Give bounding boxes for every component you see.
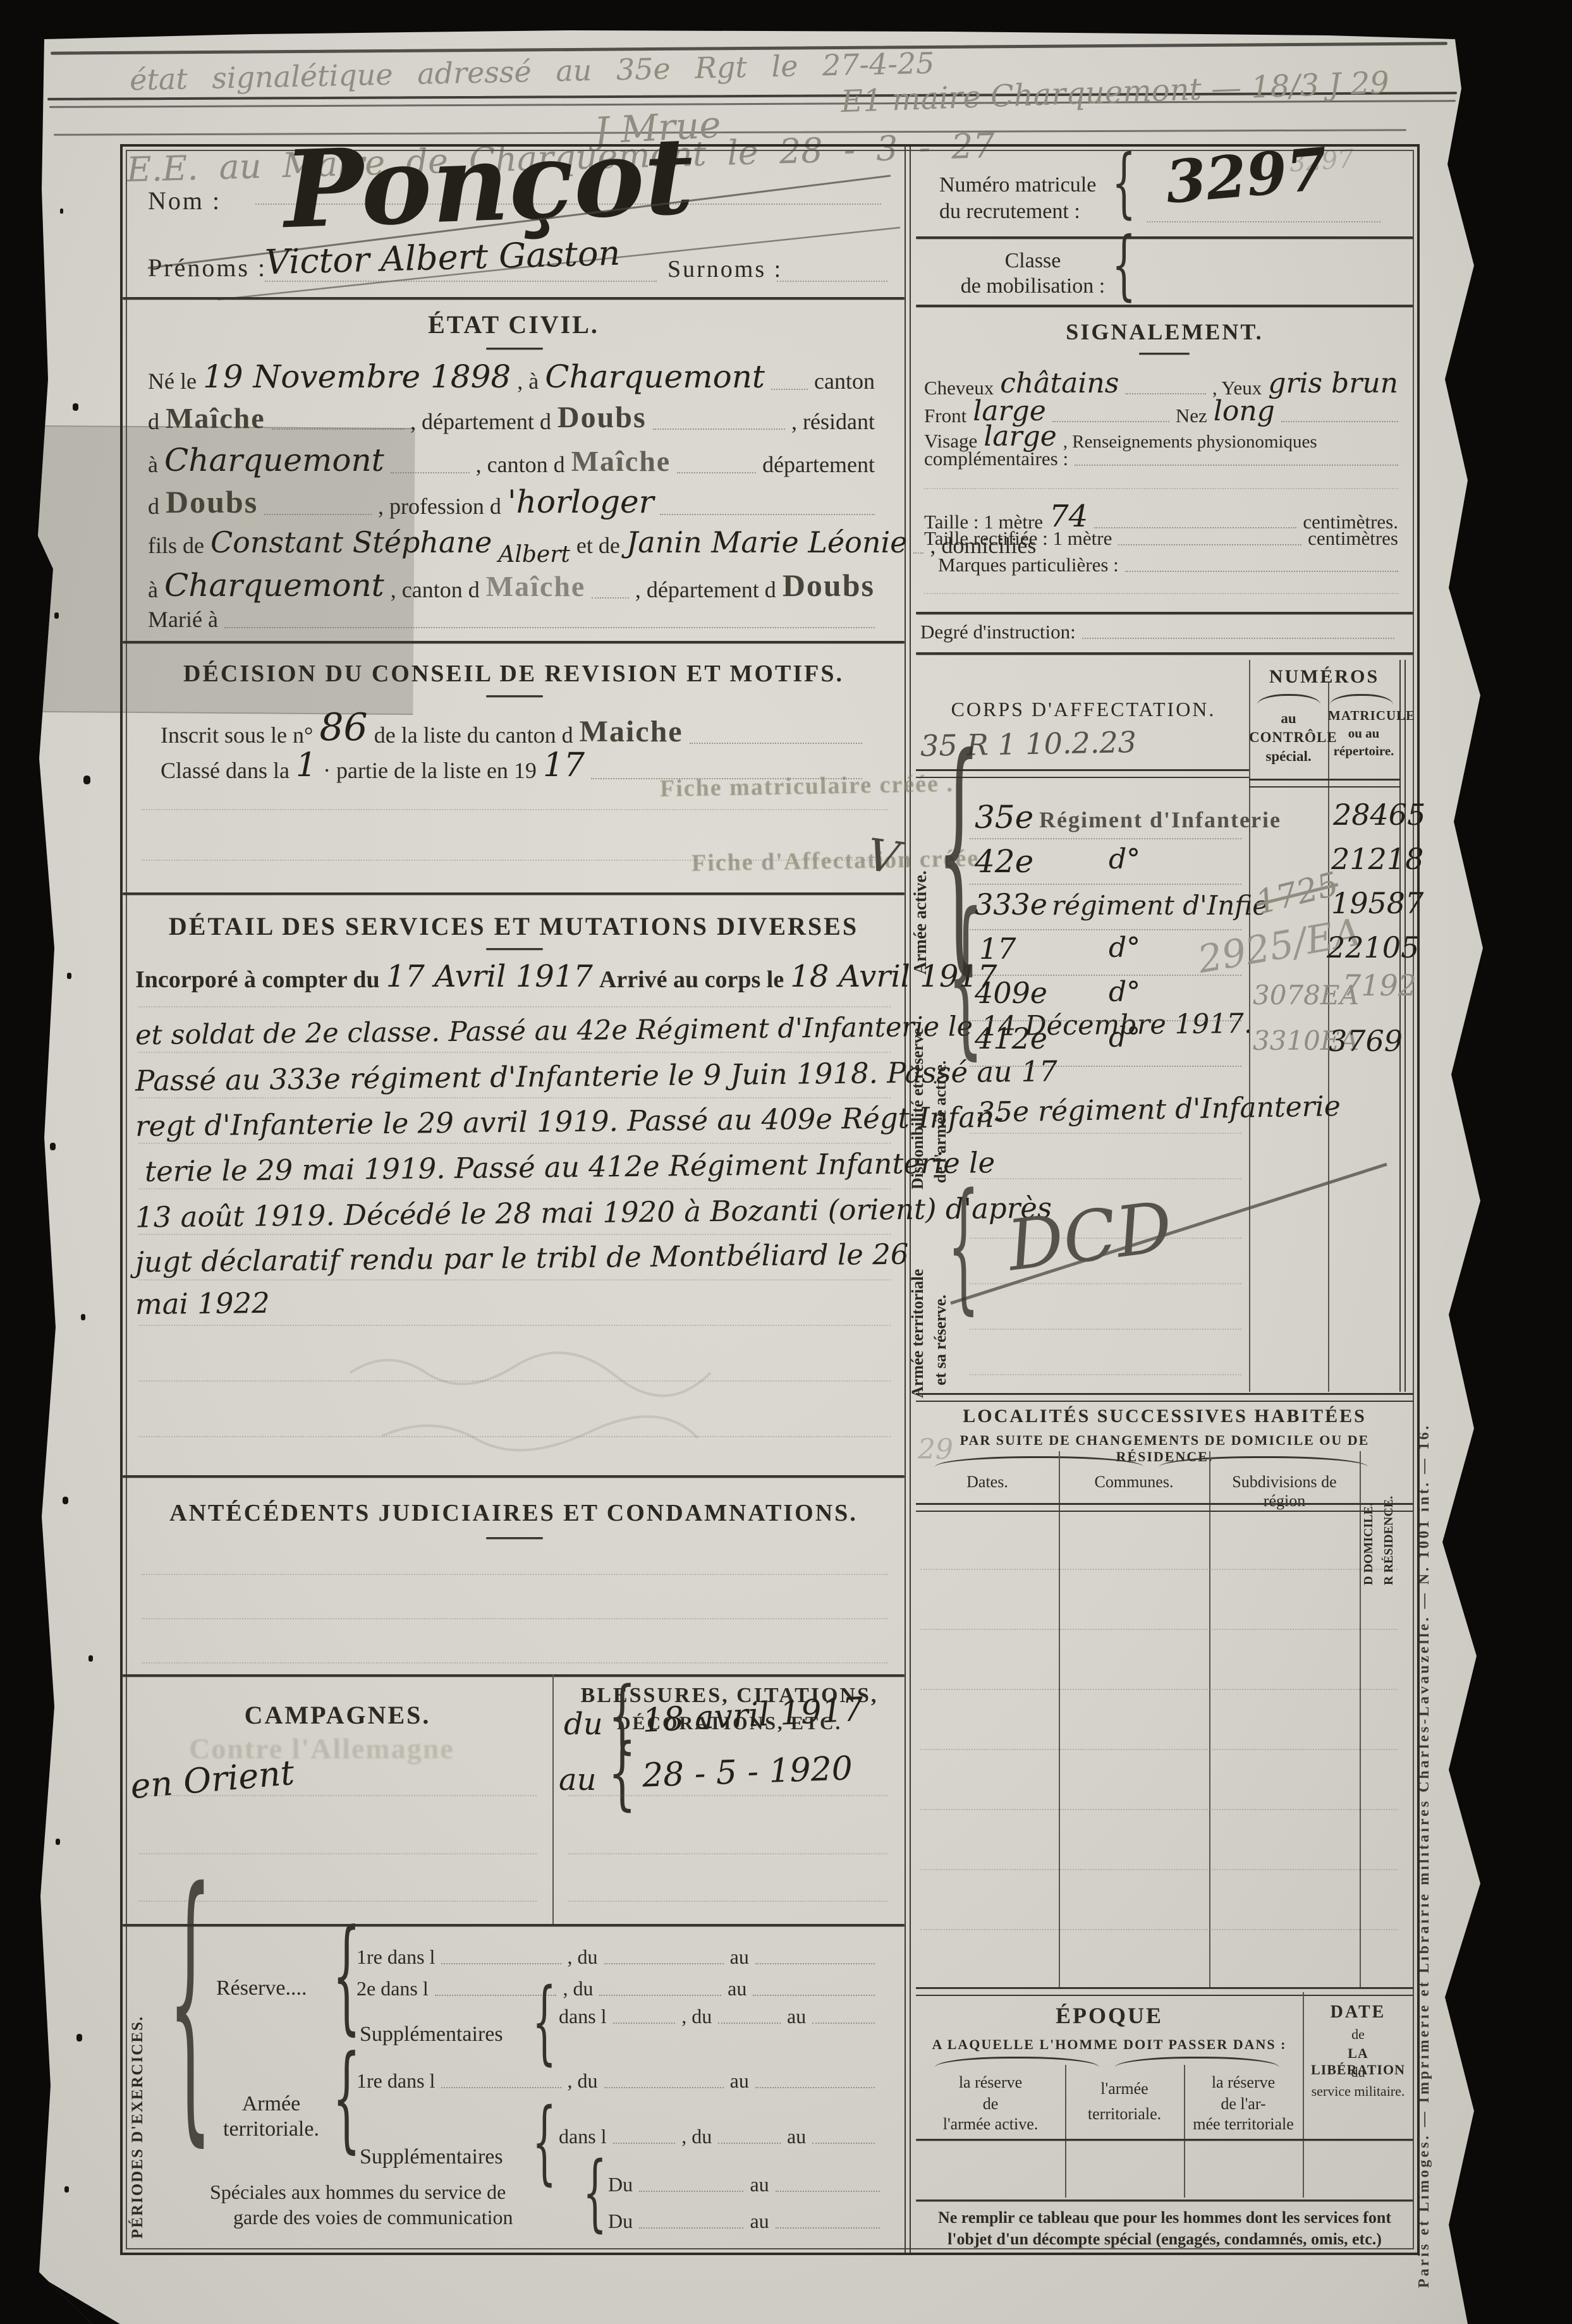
dotted-fill — [599, 1995, 721, 1996]
armee-label: Armée — [217, 2092, 325, 2116]
residant-label: , résidant — [791, 410, 875, 434]
father-name-insert: Albert — [498, 543, 570, 567]
marie-a-label: Marié à — [148, 608, 218, 632]
mother-name-value: Janin Marie Léonie — [626, 527, 908, 557]
marie-line: Marié à — [148, 608, 881, 632]
corps-row-type-4: d° — [1109, 976, 1140, 1008]
guide-dotted-line — [138, 1097, 891, 1098]
matricule-header-2: ou au — [1328, 726, 1399, 741]
localites-row-line — [920, 1569, 1398, 1570]
services-title: DÉTAIL DES SERVICES ET MUTATIONS DIVERSE… — [123, 911, 905, 941]
guide-dotted-line — [138, 1052, 891, 1053]
empty-dotted-line — [924, 593, 1398, 594]
controle-header-3: spécial. — [1249, 748, 1328, 765]
empty-dotted-line — [142, 1574, 887, 1575]
corps-row-name-2: 333e — [975, 887, 1047, 922]
prenoms-dotted-line — [265, 281, 657, 282]
profession-value: 'horloger — [508, 485, 654, 519]
dotted-fill — [272, 429, 404, 430]
classe-mobilisation-label-2: de mobilisation : — [938, 274, 1128, 298]
etat-civil-line-4: d Doubs , profession d 'horloger — [148, 485, 881, 519]
dotted-fill — [718, 2143, 781, 2144]
departement-stamp-doubs: Doubs — [558, 402, 647, 434]
terr-dotline — [970, 1329, 1241, 1330]
campagnes-title: CAMPAGNES. — [123, 1700, 552, 1730]
epoque-title: ÉPOQUE — [916, 2002, 1303, 2029]
surnoms-dotted-line — [777, 281, 887, 282]
yeux-value: gris brun — [1268, 369, 1398, 398]
canton-d-label: , canton d — [391, 578, 480, 602]
fils-de-label: fils de — [148, 534, 204, 558]
residence-value: Charquemont — [164, 444, 384, 477]
matricule-header-1: MATRICULE — [1328, 708, 1399, 724]
empty-dotted-line — [142, 860, 887, 861]
etat-civil-title-underline — [486, 348, 543, 350]
dispo-side-label-1: Disponibilité et réserve — [908, 924, 927, 1189]
numeros-header: NUMÉROS — [1249, 666, 1399, 688]
numeros-header-rule — [1249, 779, 1399, 788]
localites-title: LOCALITÉS SUCCESSIVES HABITÉES — [916, 1406, 1413, 1427]
antecedents-title-underline — [486, 1537, 543, 1539]
reserve-brace: { — [332, 1913, 361, 2037]
decision-title-underline — [486, 695, 543, 697]
dotted-fill — [604, 2087, 724, 2088]
au-label: au — [787, 2006, 806, 2028]
dotted-fill — [1125, 393, 1206, 394]
services-line-1: Incorporé à compter du 17 Avril 1917 Arr… — [135, 961, 894, 992]
du-label: , du — [568, 1947, 598, 1968]
epoque-brace-left — [935, 2057, 1099, 2067]
reserve-row-2: 2e dans l , du au — [356, 1978, 881, 2000]
birth-date-value: 19 Novembre 1898 — [203, 360, 511, 394]
localites-col-dates: Dates. — [916, 1473, 1059, 1492]
arrive-corps-label: Arrivé au corps le — [599, 968, 784, 993]
localites-vline-3 — [1360, 1451, 1361, 1987]
au-label: au — [730, 1947, 749, 1968]
binding-specks — [60, 209, 63, 214]
epoque-date-line5: service militaire. — [1303, 2083, 1413, 2100]
cheveux-value: châtains — [1000, 369, 1119, 398]
classe-partie-value: 1 — [296, 748, 317, 783]
controle-header-2: CONTRÔLE — [1249, 729, 1328, 746]
empty-dotted-line — [142, 809, 887, 810]
corps-row-type-1: d° — [1109, 843, 1140, 875]
epoque-col3-line3: mée territoriale — [1184, 2115, 1303, 2134]
centimetres-label: centimètres — [1308, 528, 1398, 549]
services-line-7: jugt déclaratif rendu par le tribl de Mo… — [135, 1238, 909, 1279]
guide-dotted-line — [138, 1188, 891, 1189]
dotted-fill — [653, 429, 785, 430]
localites-row-line — [920, 1629, 1398, 1630]
numero-matricule-label-2: du recrutement : — [939, 200, 1080, 224]
dotted-fill — [224, 627, 875, 628]
territoriale-suppl-label: Supplémentaires — [360, 2145, 503, 2169]
epoque-subtitle: A LAQUELLE L'HOMME DOIT PASSER DANS : — [916, 2036, 1303, 2053]
corps-row-matricule-3: 22105 — [1327, 930, 1419, 964]
reserve-suppl-row: dans l , du au — [559, 2006, 881, 2028]
partie-liste-label: · partie de la liste en 19 — [323, 759, 537, 783]
dotted-fill — [592, 597, 629, 599]
periodes-side-label: PÉRIODES D'EXERCICES. — [129, 1973, 147, 2239]
speciales-brace: { — [583, 2151, 607, 2235]
epoque-header-rule — [916, 2139, 1413, 2141]
Du-label: Du — [608, 2211, 633, 2232]
dotted-fill — [639, 2191, 743, 2192]
faint-pencil-traces — [344, 1335, 786, 1474]
etat-civil-line-2: d Maîche , département d Doubs , résidan… — [148, 402, 881, 434]
a-label: à — [148, 578, 158, 602]
ne-le-label: Né le — [148, 370, 197, 394]
prenoms-label: Prénoms : — [148, 253, 267, 283]
pencil-note-line1: état signalétique adressé au 35e Rgt le … — [130, 46, 935, 97]
dotted-fill — [776, 2191, 880, 2192]
d-label: d — [148, 410, 159, 434]
services-title-underline — [486, 948, 543, 950]
rule-under-decision — [123, 892, 905, 895]
dotted-fill — [1075, 465, 1398, 466]
dcd-strike-line — [944, 1050, 1412, 1316]
inscrit-number-value: 86 — [319, 708, 367, 748]
epoque-date-line2: de — [1303, 2026, 1413, 2043]
controle-header-1: au — [1249, 710, 1328, 727]
corps-row-matricule-0: 28465 — [1333, 798, 1425, 832]
surnoms-label: Surnoms : — [667, 255, 783, 283]
dotted-fill — [441, 1963, 561, 1964]
epoque-note-line1: Ne remplir ce tableau que pour les homme… — [916, 2208, 1413, 2227]
departement-stamp-doubs: Doubs — [166, 485, 258, 519]
dotted-fill — [718, 2023, 781, 2024]
dotted-fill — [812, 2023, 875, 2024]
canton-d-label: , canton d — [476, 453, 565, 477]
empty-dotted-line — [568, 1795, 887, 1796]
form-frame: Nom : Ponçot Prénoms : Victor Albert Gas… — [120, 144, 1420, 2255]
localites-row-line — [920, 1689, 1398, 1690]
epoque-col3-line2: de l'ar- — [1184, 2095, 1303, 2114]
localites-col-communes: Communes. — [1059, 1473, 1209, 1492]
terr-side-label-1: Armée territoriale — [908, 1208, 927, 1398]
guide-dotted-line — [138, 1279, 891, 1281]
guide-dotted-line — [138, 1006, 891, 1007]
rule-under-campagnes — [123, 1924, 905, 1926]
dotted-fill — [1125, 571, 1398, 572]
inscrit-label: Inscrit sous le n° — [161, 724, 313, 748]
services-line-5: terie le 29 mai 1919. Passé au 412e Régi… — [145, 1146, 996, 1188]
decision-title: DÉCISION DU CONSEIL DE REVISION ET MOTIF… — [123, 660, 905, 688]
classe-brace: { — [1112, 228, 1136, 303]
services-line-4: regt d'Infanterie le 29 avril 1919. Pass… — [135, 1100, 1004, 1143]
localites-col-domicile: D DOMICILE. — [1362, 1459, 1376, 1585]
dotted-fill — [264, 514, 372, 515]
etat-civil-line-6: à Charquemont , canton d Maîche , départ… — [148, 569, 881, 602]
services-line-2: et soldat de 2e classe. Passé au 42e Rég… — [135, 1008, 1253, 1052]
canton-stamp-maiche: Maiche — [580, 716, 683, 748]
dotted-fill — [441, 2087, 561, 2088]
au-label: au — [728, 1978, 746, 2000]
d-label: d — [148, 495, 159, 519]
epoque-bottom-rule — [916, 2199, 1413, 2201]
epoque-col2-line2: territoriale. — [1065, 2105, 1184, 2124]
periodes-outer-brace: { — [168, 1854, 212, 2146]
father-name-value: Constant Stéphane — [210, 527, 492, 557]
empty-dotted-line — [142, 1618, 887, 1619]
etat-civil-line-1: Né le 19 Novembre 1898 , à Charquemont c… — [148, 360, 881, 394]
dotted-fill — [1082, 638, 1394, 639]
strike-lines — [123, 147, 905, 311]
signalement-title-underline — [1139, 353, 1190, 355]
reserve-suppl-brace: { — [532, 1977, 556, 2068]
liste-canton-label: de la liste du canton d — [374, 724, 573, 748]
numero-dotted-line — [1147, 221, 1380, 222]
reserve-2e-label: 2e dans l — [356, 1978, 429, 2000]
departement-stamp-doubs: Doubs — [783, 569, 875, 602]
dotted-fill — [613, 2143, 676, 2144]
territoriale-brace: { — [332, 2040, 361, 2155]
classe-dans-label: Classé dans la — [161, 759, 289, 783]
signalement-title: SIGNALEMENT. — [916, 319, 1413, 345]
speciales-label-2: garde des voies de communication — [233, 2206, 513, 2229]
canton-stamp-maiche: Maîche — [571, 446, 671, 477]
rule-under-numero — [916, 236, 1413, 239]
localites-header-rule — [916, 1503, 1413, 1512]
numero-brace: { — [1112, 145, 1136, 221]
services-line-8: mai 1922 — [135, 1286, 270, 1321]
campagne-orient-value: en Orient — [129, 1753, 296, 1806]
corps-row-type-5: d° — [1109, 1021, 1140, 1054]
speciales-row-1: Du au — [608, 2174, 886, 2196]
epoque-col1-line2: de — [916, 2095, 1065, 2114]
localites-vline-1 — [1059, 1451, 1060, 1987]
dans-l-label: dans l — [559, 2006, 607, 2028]
campagne-du-label: du — [564, 1706, 603, 1742]
guide-dotted-line — [138, 1143, 891, 1144]
dotted-fill — [677, 472, 756, 473]
epoque-brace-right — [1115, 2057, 1279, 2067]
localites-vline-2 — [1209, 1451, 1210, 1987]
departement-d-label: , département d — [635, 578, 776, 602]
empty-dotted-line — [568, 1901, 887, 1902]
epoque-date-line4: du — [1303, 2064, 1413, 2081]
a-label: , à — [517, 370, 539, 394]
terr-dotline — [970, 1374, 1241, 1375]
rule-under-antecedents — [123, 1674, 905, 1677]
dotted-fill — [604, 1963, 724, 1964]
du-label: , du — [681, 2126, 712, 2148]
empty-dotted-line — [924, 488, 1398, 489]
campagne-date-fin: 28 - 5 - 1920 — [642, 1749, 853, 1795]
document-page: état signalétique adressé au 35e Rgt le … — [0, 0, 1572, 2324]
corps-row-matricule-4: 7192 — [1343, 968, 1417, 1002]
dispo-brace: { — [947, 892, 984, 1063]
complementaires-label: complémentaires : — [924, 449, 1068, 470]
reserve-suppl-label: Supplémentaires — [360, 2023, 503, 2047]
scanned-military-record: { "top_notes": { "line1": "état signalét… — [0, 0, 1572, 2324]
empty-dotted-line — [138, 1795, 537, 1796]
taille-rectifiee-line: Taille rectifiée : 1 mètre centimètres — [924, 528, 1404, 549]
campagnes-divider — [552, 1674, 554, 1924]
dotted-fill — [1118, 544, 1301, 545]
profession-label: , profession d — [378, 495, 501, 519]
guide-dotted-line — [138, 1234, 891, 1235]
localites-row-line — [920, 1929, 1398, 1930]
corps-row-dotline — [970, 838, 1241, 839]
dotted-fill — [660, 514, 875, 515]
dotted-fill — [639, 2227, 743, 2229]
classe-mobilisation-label-1: Classe — [957, 249, 1109, 273]
epoque-col1-line1: la réserve — [916, 2073, 1065, 2092]
corps-row-dotline — [970, 929, 1241, 930]
Du-label: Du — [608, 2174, 633, 2196]
complementaires-line: complémentaires : — [924, 449, 1404, 470]
localites-pencil-note: 29 — [918, 1433, 953, 1466]
corps-row-name-0: 35e — [975, 799, 1033, 836]
departement-label: département — [762, 453, 875, 477]
incorpore-label: Incorporé à compter du — [135, 968, 380, 993]
numeros-brace-left — [1257, 694, 1320, 705]
au-label: au — [750, 2174, 769, 2196]
empty-dotted-line — [568, 1853, 887, 1854]
annee-liste-value: 17 — [543, 748, 585, 783]
dotted-fill — [391, 472, 470, 473]
canton-stamp-maiche: Maîche — [166, 403, 265, 434]
epoque-col1-line3: l'armée active. — [916, 2115, 1065, 2134]
domicile-value: Charquemont — [164, 569, 384, 602]
epoque-date-line1: DATE — [1303, 2002, 1413, 2023]
corps-row-matricule-1: 21218 — [1331, 842, 1423, 876]
etat-civil-line-5: fils de Constant Stéphane Albert et de J… — [148, 527, 881, 557]
terr-dotline — [970, 1238, 1241, 1239]
canton-label: canton — [814, 370, 875, 394]
localites-row-line — [920, 1809, 1398, 1810]
rule-under-classe — [916, 305, 1413, 307]
localites-col-residence: R RÉSIDENCE. — [1382, 1459, 1396, 1585]
epoque-note-line2: l'objet d'un décompte spécial (engagés, … — [916, 2230, 1413, 2249]
dotted-fill — [771, 389, 808, 390]
corps-row-type-2: régiment d'Infie — [1052, 890, 1268, 921]
dotted-fill — [812, 2143, 875, 2144]
au-label: au — [787, 2126, 806, 2148]
corps-row-name-3: 17 — [979, 932, 1016, 966]
degre-instruction-label: Degré d'instruction: — [920, 622, 1076, 643]
rule-under-signalement — [916, 612, 1413, 614]
campagne-au-label: au — [559, 1762, 597, 1798]
dotted-fill — [755, 1963, 875, 1964]
a-label: à — [148, 453, 158, 477]
matricule-header-3: répertoire. — [1328, 743, 1399, 759]
et-de-label: et de — [576, 534, 620, 558]
epoque-col2-line1: l'armée — [1065, 2079, 1184, 2098]
terr-brace: { — [947, 1176, 980, 1317]
du-label: , du — [563, 1978, 593, 2000]
rule-under-etat-civil — [123, 641, 905, 643]
territoriale-row-1: 1re dans l , du au — [356, 2071, 881, 2092]
etat-civil-line-3: à Charquemont , canton d Maîche départem… — [148, 444, 881, 477]
dotted-fill — [690, 743, 862, 744]
du-label: , du — [568, 2071, 598, 2092]
scan-corner-shadow — [25, 2268, 120, 2324]
instruction-line: Degré d'instruction: — [920, 622, 1401, 643]
antecedents-title: ANTÉCÉDENTS JUDICIAIRES ET CONDAMNATIONS… — [123, 1499, 905, 1527]
canton-stamp-maiche-faint: Maîche — [486, 571, 586, 602]
stamp-fiche-matriculaire: Fiche matriculaire créée . — [660, 770, 954, 803]
cheveux-line: Cheveux châtains , Yeux gris brun — [924, 369, 1404, 398]
speciales-row-2: Du au — [608, 2211, 886, 2232]
incorpore-date-value: 17 Avril 1917 — [386, 961, 593, 992]
marques-line: Marques particulières : — [938, 555, 1404, 576]
localites-row-line — [920, 1749, 1398, 1750]
dotted-fill — [753, 1995, 875, 1996]
reserve-1re-label: 1re dans l — [356, 1947, 435, 1968]
terr-dotline — [970, 1283, 1241, 1284]
rule-above-epoque — [916, 1987, 1413, 1996]
numeros-brace-right — [1330, 694, 1393, 705]
taille-rectifiee-label: Taille rectifiée : 1 mètre — [924, 528, 1112, 549]
territoriale-label: territoriale. — [202, 2117, 341, 2141]
dotted-fill — [913, 552, 923, 554]
au-label: au — [750, 2211, 769, 2232]
corps-row-name-4: 409e — [975, 976, 1047, 1010]
corps-row-name-1: 42e — [975, 843, 1033, 880]
birth-place-value: Charquemont — [545, 360, 765, 394]
corps-row-type-3: d° — [1109, 932, 1140, 964]
corps-row-dotline — [970, 884, 1241, 885]
rule-under-instruction — [916, 652, 1413, 655]
rule-above-localites — [916, 1393, 1413, 1402]
rule-under-services — [123, 1475, 905, 1478]
etat-civil-title: ÉTAT CIVIL. — [123, 310, 905, 339]
checkmark: V — [864, 829, 903, 884]
guide-dotted-line — [138, 1325, 891, 1326]
reserve-label: Réserve.... — [216, 1976, 307, 2000]
territoriale-suppl-brace: { — [532, 2097, 556, 2188]
reserve-row-1: 1re dans l , du au — [356, 1947, 881, 1968]
numero-matricule-label-1: Numéro matricule — [939, 173, 1096, 197]
speciales-label-1: Spéciales aux hommes du service de — [210, 2181, 506, 2204]
inscrit-line: Inscrit sous le n° 86 de la liste du can… — [161, 708, 868, 748]
territoriale-suppl-row: dans l , du au — [559, 2126, 881, 2148]
dotted-fill — [776, 2227, 880, 2229]
campagne-brace-2: { — [608, 1733, 637, 1813]
numero-matricule-value: 3297 — [1163, 135, 1331, 217]
marques-label: Marques particulières : — [938, 555, 1119, 576]
territoriale-1re-label: 1re dans l — [356, 2071, 435, 2092]
localites-row-line — [920, 1869, 1398, 1870]
departement-label: , département d — [410, 410, 551, 434]
rule-under-identity — [123, 297, 905, 300]
dotted-fill — [755, 2087, 875, 2088]
epoque-col3-line1: la réserve — [1184, 2073, 1303, 2092]
dotted-fill — [613, 2023, 676, 2024]
du-label: , du — [681, 2006, 712, 2028]
corps-row-type-0: Régiment d'Infanterie — [1039, 806, 1281, 833]
au-label: au — [730, 2071, 749, 2092]
empty-dotted-line — [142, 1662, 887, 1664]
